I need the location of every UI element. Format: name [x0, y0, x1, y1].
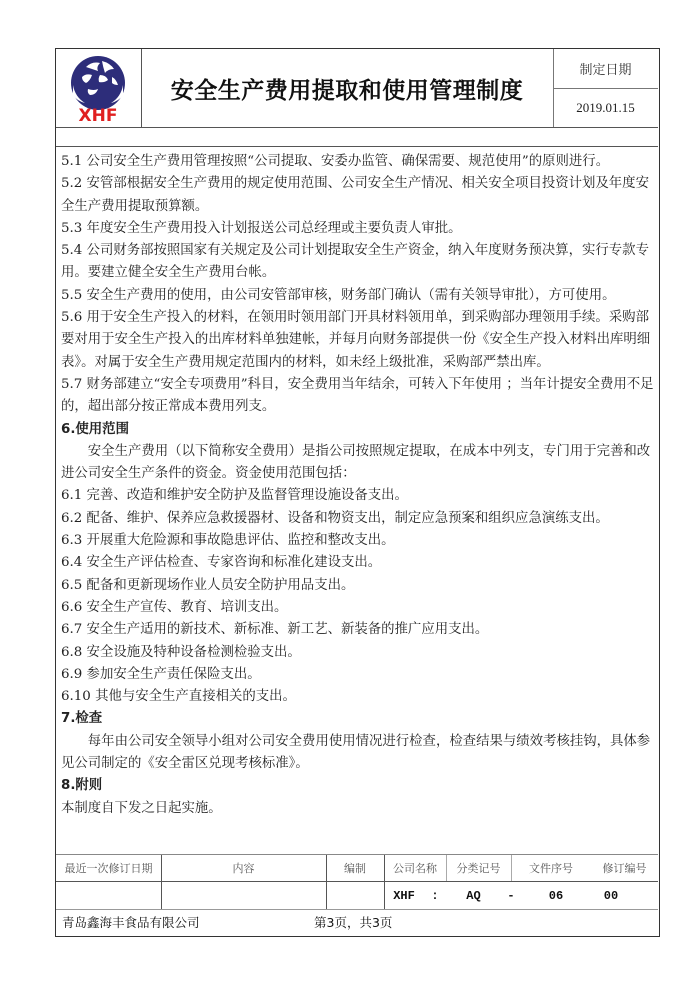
clause-paragraph: 6.3 开展重大危险源和事故隐患评估、监控和整改支出。	[61, 530, 657, 552]
company-logo-icon: XHF	[56, 49, 141, 127]
document-page: XHF 安全生产费用提取和使用管理制度 制定日期 2019.01.15 5.1 …	[55, 48, 660, 937]
clause-paragraph: 6.5 配备和更新现场作业人员安全防护用品支出。	[61, 575, 657, 597]
clause-paragraph: 本制度自下发之日起实施。	[61, 798, 657, 820]
section-intro-paragraph: 安全生产费用（以下简称安全费用）是指公司按照规定提取，在成本中列支，专门用于完善…	[61, 441, 657, 486]
company-footer-row: 青岛鑫海丰食品有限公司 第3页，共3页	[56, 910, 658, 937]
date-value-cell: 2019.01.15	[553, 88, 658, 127]
clause-paragraph: 6.2 配备、维护、保养应急救援器材、设备和物资支出，制定应急预案和组织应急演练…	[61, 508, 657, 530]
clause-paragraph: 5.7 财务部建立“安全专项费用”科目，安全费用当年结余，可转入下年使用 ；当年…	[61, 374, 657, 419]
clause-paragraph: 6.7 安全生产适用的新技术、新标准、新工艺、新装备的推广应用支出。	[61, 619, 657, 641]
clause-paragraph: 5.5 安全生产费用的使用，由公司安管部审核，财务部门确认（需有关领导审批），方…	[61, 285, 657, 307]
header-content: 内容	[161, 855, 326, 881]
col-divider	[326, 855, 327, 881]
clause-paragraph: 5.1 公司安全生产费用管理按照“公司提取、安委办监管、确保需要、规范使用”的原…	[61, 151, 657, 173]
col-divider	[384, 882, 385, 909]
clause-paragraph: 6.9 参加安全生产责任保险支出。	[61, 664, 657, 686]
separator-dash: -	[501, 882, 521, 909]
logo-text: XHF	[79, 106, 118, 126]
clause-paragraph: 6.8 安全设施及特种设备检测检验支出。	[61, 642, 657, 664]
page-number: 第3页，共3页	[314, 913, 392, 931]
header-prepared-by: 编制	[326, 855, 384, 881]
content-value	[161, 882, 326, 909]
clause-paragraph: 6.6 安全生产宣传、教育、培训支出。	[61, 597, 657, 619]
logo-cell: XHF	[56, 49, 142, 127]
header-category-code: 分类记号	[446, 855, 511, 881]
header-spacer-band	[56, 128, 658, 147]
header-file-number: 文件序号	[511, 855, 591, 881]
col-divider	[161, 882, 162, 909]
date-label-cell: 制定日期	[553, 49, 658, 89]
header-revision-date: 最近一次修订日期	[56, 855, 161, 881]
separator-colon: :	[424, 882, 446, 909]
company-code-value: XHF	[384, 882, 424, 909]
section-heading: 6.使用范围	[61, 419, 657, 441]
document-body: 5.1 公司安全生产费用管理按照“公司提取、安委办监管、确保需要、规范使用”的原…	[61, 151, 657, 820]
col-divider	[326, 882, 327, 909]
header-revision-number: 修订编号	[591, 855, 658, 881]
title-cell: 安全生产费用提取和使用管理制度	[141, 49, 554, 127]
section-heading: 7.检查	[61, 708, 657, 730]
clause-paragraph: 5.3 年度安全生产费用投入计划报送公司总经理或主要负责人审批。	[61, 218, 657, 240]
clause-paragraph: 6.4 安全生产评估检查、专家咨询和标准化建设支出。	[61, 552, 657, 574]
revision-table: 最近一次修订日期 内容 编制 公司名称 分类记号 文件序号 修订编号 XHF :…	[56, 854, 658, 938]
clause-paragraph: 6.10 其他与安全生产直接相关的支出。	[61, 686, 657, 708]
file-number-value: 06	[531, 882, 581, 909]
col-divider	[384, 855, 385, 881]
revision-table-data-row: XHF : AQ - 06 00	[56, 882, 658, 910]
section-heading: 8.附则	[61, 775, 657, 797]
col-divider	[511, 855, 512, 881]
clause-paragraph: 5.2 安管部根据安全生产费用的规定使用范围、公司安全生产情况、相关安全项目投资…	[61, 173, 657, 218]
clause-paragraph: 5.6 用于安全生产投入的材料，在领用时领用部门开具材料领用单，到采购部办理领用…	[61, 307, 657, 374]
clause-paragraph: 6.1 完善、改造和维护安全防护及监督管理设施设备支出。	[61, 485, 657, 507]
date-value: 2019.01.15	[576, 100, 635, 116]
company-name: 青岛鑫海丰食品有限公司	[62, 913, 200, 931]
revision-table-header-row: 最近一次修订日期 内容 编制 公司名称 分类记号 文件序号 修订编号	[56, 854, 658, 882]
revision-date-value	[56, 882, 161, 909]
col-divider	[161, 855, 162, 881]
clause-paragraph: 5.4 公司财务部按照国家有关规定及公司计划提取安全生产资金，纳入年度财务预决算…	[61, 240, 657, 285]
col-divider	[446, 855, 447, 881]
document-header: XHF 安全生产费用提取和使用管理制度 制定日期 2019.01.15	[56, 49, 658, 128]
date-label: 制定日期	[579, 59, 631, 78]
revision-number-value: 00	[591, 882, 631, 909]
category-code-value: AQ	[446, 882, 501, 909]
prepared-by-value	[326, 882, 384, 909]
header-company-name: 公司名称	[384, 855, 446, 881]
document-title: 安全生产费用提取和使用管理制度	[171, 72, 524, 105]
section-intro-paragraph: 每年由公司安全领导小组对公司安全费用使用情况进行检查，检查结果与绩效考核挂钩，具…	[61, 731, 657, 776]
